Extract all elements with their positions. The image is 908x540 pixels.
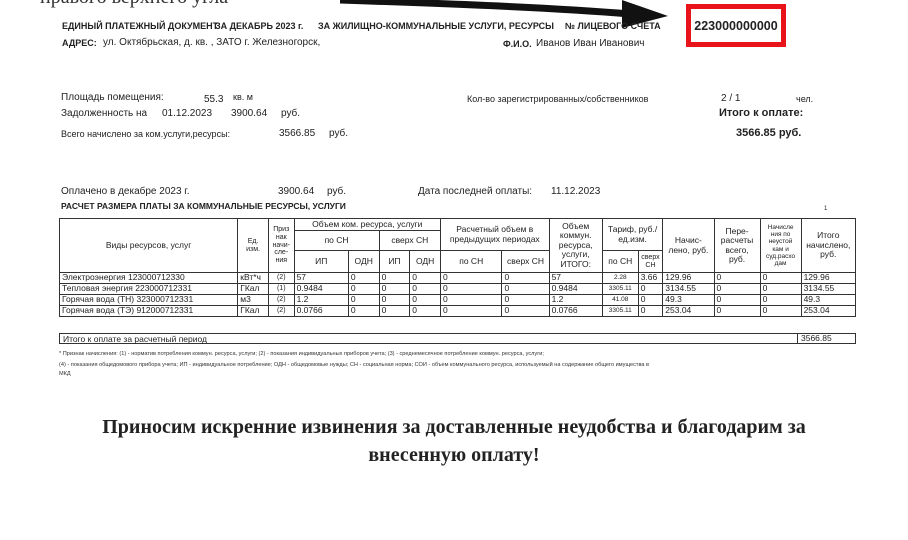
table-cell: 0 [441, 273, 502, 284]
table-cell: 0 [638, 306, 663, 317]
last-payment-label: Дата последней оплаты: [418, 186, 532, 197]
table-cell: 49.3 [801, 295, 855, 306]
table-cell: 0 [410, 273, 441, 284]
apology-message: Приносим искренние извинения за доставле… [0, 413, 908, 469]
col-charged: Начис- лено, руб. [663, 219, 714, 273]
debt-label: Задолженность на [61, 108, 147, 119]
table-cell: 0 [379, 273, 410, 284]
fio-label: Ф.И.О. [503, 39, 532, 49]
section-title: РАСЧЕТ РАЗМЕРА ПЛАТЫ ЗА КОММУНАЛЬНЫЕ РЕС… [61, 201, 346, 211]
table-cell: 129.96 [801, 273, 855, 284]
account-number: 223000000000 [694, 19, 777, 33]
col-total-volume: Объем коммун. ресурса, услуги, ИТОГО: [549, 219, 602, 273]
apology-line-1: Приносим искренние извинения за доставле… [0, 413, 908, 441]
table-cell: 3.66 [638, 273, 663, 284]
table-cell: ГКал [238, 306, 269, 317]
residents-label: Кол-во зарегистрированных/собственников [467, 94, 648, 104]
table-cell: м3 [238, 295, 269, 306]
col-prev-norm: по СН [441, 251, 502, 273]
table-row: Горячая вода (ТЭ) 912000712331ГКал(2)0.0… [60, 306, 856, 317]
table-cell: 0 [441, 306, 502, 317]
apology-line-2: внесенную оплату! [0, 441, 908, 469]
pointer-arrow-icon [340, 0, 670, 40]
table-cell: (2) [268, 295, 294, 306]
table-cell: 0 [348, 273, 379, 284]
debt-value: 3900.64 [231, 108, 267, 119]
col-total: Итого начислено, руб. [801, 219, 855, 273]
table-cell: 0 [502, 273, 549, 284]
page-marker: 1 [824, 206, 827, 212]
col-ip-over: ИП [379, 251, 410, 273]
period-total-label: Итого к оплате за расчетный период [63, 334, 207, 344]
table-cell: 0 [502, 284, 549, 295]
col-tariff-norm: по СН [602, 251, 638, 273]
col-penalty: Начисле ния по неустой кам и суд.расхо д… [760, 219, 801, 273]
table-cell: 0 [714, 273, 760, 284]
table-row: Электроэнергия 123000712330кВт*ч(2)57000… [60, 273, 856, 284]
table-cell: 3134.55 [801, 284, 855, 295]
table-cell: 0 [714, 306, 760, 317]
table-cell: 0 [348, 306, 379, 317]
col-tariff: Тариф, руб./ед.изм. [602, 219, 662, 251]
col-tariff-over: сверх СН [638, 251, 663, 273]
table-cell: 57 [294, 273, 348, 284]
table-cell: 0.0766 [549, 306, 602, 317]
table-cell: 0 [410, 306, 441, 317]
col-by-norm: по СН [294, 231, 379, 251]
table-cell: 0 [410, 284, 441, 295]
paid-label: Оплачено в декабре 2023 г. [61, 186, 190, 197]
table-cell: 253.04 [663, 306, 714, 317]
table-cell: 0 [760, 284, 801, 295]
calculation-table: Виды ресурсов, услуг Ед. изм. Приз нак н… [59, 218, 856, 317]
table-cell: кВт*ч [238, 273, 269, 284]
table-cell: 0 [714, 284, 760, 295]
paid-unit: руб. [327, 186, 346, 197]
table-cell: 41.08 [602, 295, 638, 306]
doc-title: ЕДИНЫЙ ПЛАТЕЖНЫЙ ДОКУМЕНТ [62, 21, 218, 31]
table-cell: 3305.11 [602, 306, 638, 317]
table-cell: 3134.55 [663, 284, 714, 295]
account-number-highlight: 223000000000 [686, 4, 786, 47]
footnote-line-1: * Признак начисления: (1) - норматив пот… [59, 351, 544, 357]
area-label: Площадь помещения: [61, 92, 164, 103]
table-cell: (2) [268, 306, 294, 317]
table-row: Горячая вода (ТН) 323000712331м3(2)1.200… [60, 295, 856, 306]
table-cell: 0 [410, 295, 441, 306]
charged-label: Всего начислено за ком.услуги,ресурсы: [61, 129, 230, 139]
table-cell: 0 [760, 273, 801, 284]
table-cell: 253.04 [801, 306, 855, 317]
table-cell: 0 [502, 306, 549, 317]
paid-value: 3900.64 [278, 186, 314, 197]
col-unit: Ед. изм. [238, 219, 269, 273]
total-due-value: 3566.85 руб. [736, 127, 801, 139]
col-over-norm: сверх СН [379, 231, 440, 251]
doc-period: ЗА ДЕКАБРЬ 2023 г. [215, 21, 303, 31]
table-cell: Электроэнергия 123000712330 [60, 273, 238, 284]
col-resource: Виды ресурсов, услуг [60, 219, 238, 273]
cut-off-instruction-text: правого верхнего угла [40, 0, 228, 9]
address-value: ул. Октябрьская, д. кв. , ЗАТО г. Железн… [103, 37, 320, 48]
address-label: АДРЕС: [62, 38, 97, 48]
table-cell: 2.28 [602, 273, 638, 284]
table-cell: 0 [379, 284, 410, 295]
footnote-line-3: МКД [59, 371, 71, 377]
table-cell: 0 [760, 306, 801, 317]
residents-value: 2 / 1 [721, 93, 740, 104]
table-cell: Тепловая энергия 223000712331 [60, 284, 238, 295]
table-cell: 0 [638, 284, 663, 295]
table-cell: Горячая вода (ТЭ) 912000712331 [60, 306, 238, 317]
period-total-row: Итого к оплате за расчетный период 3566.… [59, 333, 856, 344]
table-cell: 0 [379, 306, 410, 317]
table-cell: 129.96 [663, 273, 714, 284]
table-cell: 49.3 [663, 295, 714, 306]
area-unit: кв. м [233, 92, 253, 102]
last-payment-date: 11.12.2023 [551, 186, 600, 197]
table-cell: 0 [760, 295, 801, 306]
debt-unit: руб. [281, 108, 300, 119]
area-value: 55.3 [204, 94, 223, 105]
table-cell: 57 [549, 273, 602, 284]
period-total-value: 3566.85 [797, 333, 855, 344]
total-due-label: Итого к оплате: [719, 107, 803, 119]
table-cell: 0 [348, 284, 379, 295]
table-cell: 0 [638, 295, 663, 306]
table-cell: 0.9484 [549, 284, 602, 295]
col-volume: Объем ком. ресурса, услуги [294, 219, 440, 231]
table-cell: 1.2 [294, 295, 348, 306]
col-prev-volume: Расчетный объем в предыдущих периодах [441, 219, 550, 251]
residents-unit: чел. [796, 94, 813, 104]
charged-unit: руб. [329, 128, 348, 139]
doc-services: ЗА ЖИЛИЩНО-КОММУНАЛЬНЫЕ УСЛУГИ, РЕСУРСЫ [318, 21, 554, 31]
col-odn-norm: ОДН [348, 251, 379, 273]
table-cell: ГКал [238, 284, 269, 295]
charged-value: 3566.85 [279, 128, 315, 139]
col-recalc: Пере- расчеты всего, руб. [714, 219, 760, 273]
table-cell: Горячая вода (ТН) 323000712331 [60, 295, 238, 306]
fio-value: Иванов Иван Иванович [536, 38, 645, 49]
table-cell: 3305.11 [602, 284, 638, 295]
table-row: Тепловая энергия 223000712331ГКал(1)0.94… [60, 284, 856, 295]
table-cell: 0 [441, 284, 502, 295]
account-label: № ЛИЦЕВОГО СЧЕТА [565, 21, 661, 31]
table-cell: 0 [379, 295, 410, 306]
table-cell: 0 [714, 295, 760, 306]
col-prev-over: сверх СН [502, 251, 549, 273]
table-cell: 0 [441, 295, 502, 306]
footnote-line-2: (4) - показания общедомового прибора уче… [59, 362, 649, 368]
col-odn-over: ОДН [410, 251, 441, 273]
table-cell: 0.0766 [294, 306, 348, 317]
debt-date: 01.12.2023 [162, 108, 212, 119]
table-cell: (1) [268, 284, 294, 295]
col-sign: Приз нак начи- сле- ния [268, 219, 294, 273]
col-ip-norm: ИП [294, 251, 348, 273]
table-cell: 0 [348, 295, 379, 306]
table-cell: 0 [502, 295, 549, 306]
table-cell: 0.9484 [294, 284, 348, 295]
table-cell: 1.2 [549, 295, 602, 306]
table-cell: (2) [268, 273, 294, 284]
